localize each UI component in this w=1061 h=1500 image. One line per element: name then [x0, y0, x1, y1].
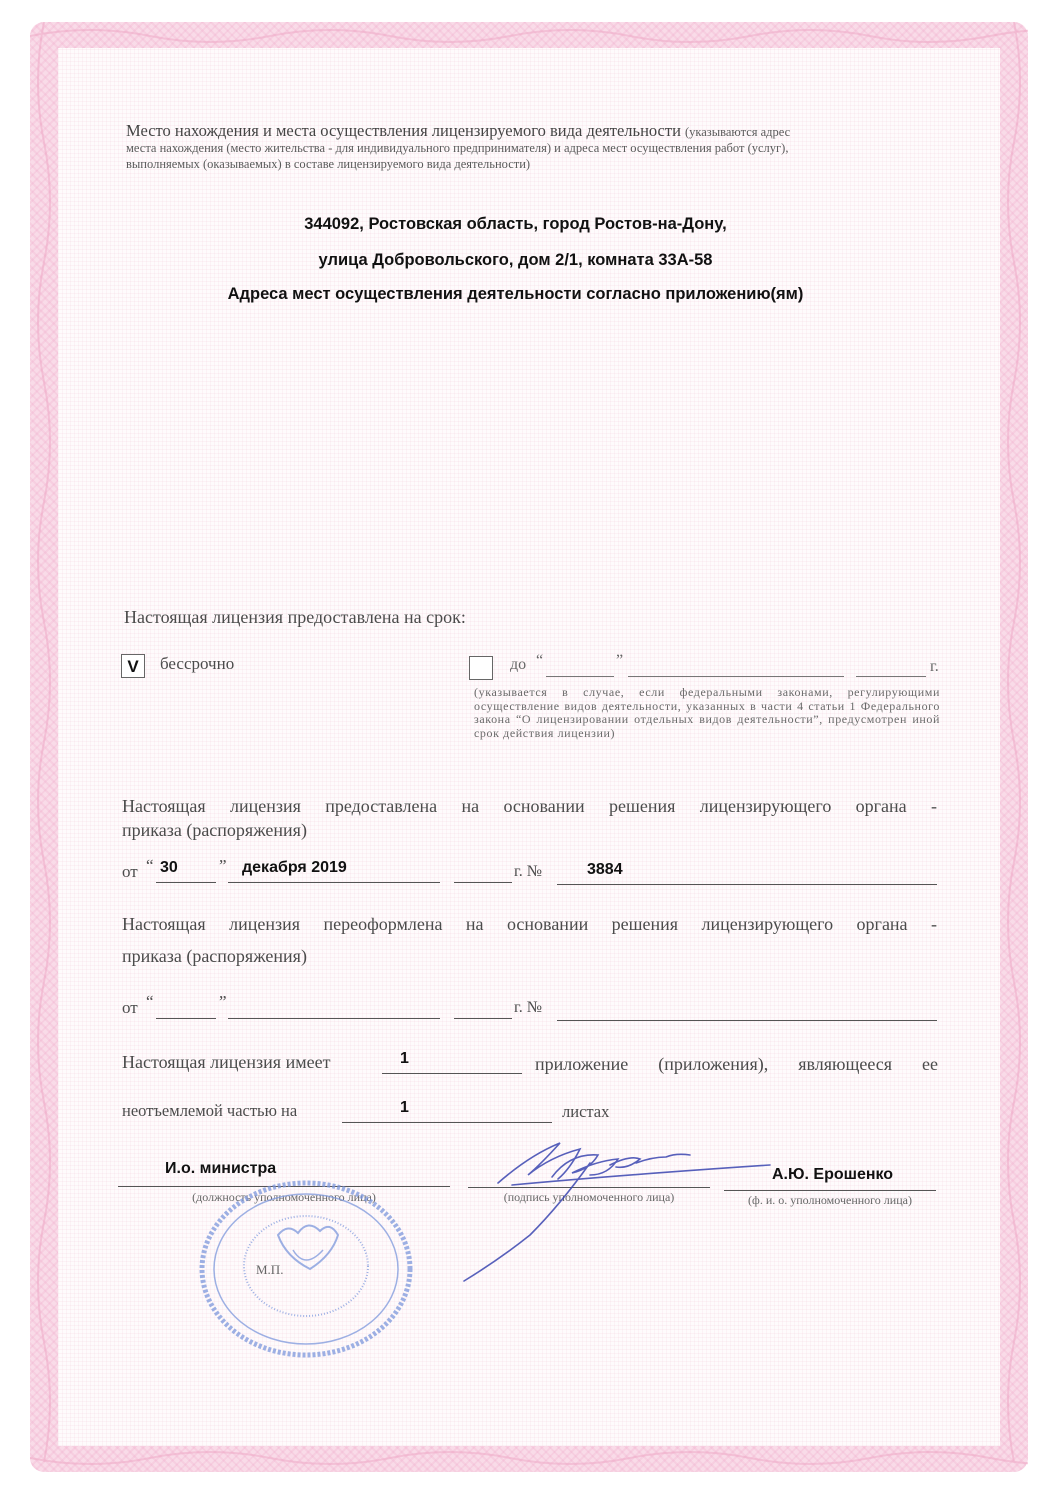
location-heading-note-3: выполняемых (оказываемых) в составе лице… — [126, 156, 956, 172]
until-close-quote: ” — [616, 652, 623, 670]
granted-close-quote: ” — [219, 856, 227, 876]
appendix-count-field[interactable] — [382, 1073, 522, 1074]
location-heading: Место нахождения и места осуществления л… — [126, 121, 681, 140]
reissued-number-label: г. № — [514, 999, 542, 1017]
location-heading-block: Место нахождения и места осуществления л… — [126, 123, 956, 172]
until-open-quote: “ — [536, 652, 543, 670]
granted-month-year-value: декабря 2019 — [242, 859, 347, 877]
reissued-month-year-field[interactable] — [228, 1018, 440, 1019]
granted-month-year-field[interactable] — [228, 882, 440, 883]
granted-year-blank — [454, 882, 512, 883]
sheets-count-value: 1 — [400, 1099, 409, 1117]
appendix-text-after: приложение (приложения), являющееся ее — [535, 1054, 938, 1075]
granted-day-value: 30 — [160, 859, 178, 877]
until-note: (указывается в случае, если федеральными… — [474, 686, 940, 740]
reissued-text-line-2: приказа (распоряжения) — [122, 946, 307, 967]
position-value: И.о. министра — [165, 1160, 276, 1178]
reissued-text-line-1: Настоящая лицензия переоформлена на осно… — [122, 914, 937, 935]
reissued-number-field[interactable] — [557, 1020, 937, 1021]
address-line-2: улица Добровольского, дом 2/1, комната 3… — [0, 251, 1031, 270]
until-prefix: до — [510, 656, 526, 674]
appendix-count-value: 1 — [400, 1050, 409, 1068]
address-line-1: 344092, Ростовская область, город Ростов… — [0, 215, 1031, 234]
granted-from-label: от — [122, 862, 138, 882]
term-label: Настоящая лицензия предоставлена на срок… — [124, 607, 466, 628]
until-day-field[interactable] — [546, 676, 614, 677]
granted-day-field[interactable] — [156, 882, 216, 883]
reissued-open-quote: “ — [146, 992, 154, 1012]
official-seal-icon — [198, 1180, 414, 1358]
granted-text-line-2: приказа (распоряжения) — [122, 820, 307, 841]
location-heading-note-1: (указываются адрес — [685, 125, 790, 139]
unlimited-term-label: бессрочно — [160, 654, 234, 674]
signatory-name: А.Ю. Ерошенко — [772, 1166, 893, 1184]
appendix-line-2-after: листах — [562, 1102, 609, 1122]
reissued-day-field[interactable] — [156, 1018, 216, 1019]
address-line-3: Адреса мест осуществления деятельности с… — [0, 285, 1031, 304]
granted-open-quote: “ — [146, 856, 154, 876]
granted-number-value: 3884 — [587, 861, 623, 879]
reissued-from-label: от — [122, 998, 138, 1018]
reissued-year-blank — [454, 1018, 512, 1019]
until-date-checkbox[interactable] — [469, 656, 493, 680]
granted-number-field[interactable] — [557, 884, 937, 885]
until-month-field[interactable] — [628, 676, 844, 677]
location-heading-note-2: места нахождения (место жительства - для… — [126, 140, 956, 156]
until-year-field[interactable] — [856, 676, 926, 677]
appendix-line-2-before: неотъемлемой частью на — [122, 1101, 297, 1121]
granted-number-label: г. № — [514, 863, 542, 881]
granted-text-line-1: Настоящая лицензия предоставлена на осно… — [122, 796, 937, 817]
sheets-count-field[interactable] — [342, 1122, 552, 1123]
reissued-close-quote: ” — [219, 992, 227, 1012]
until-year-suffix: г. — [930, 658, 939, 676]
handwritten-signature-icon — [440, 1135, 780, 1285]
seal-label: М.П. — [256, 1262, 283, 1278]
unlimited-term-checkbox[interactable]: V — [121, 654, 145, 678]
appendix-text-before: Настоящая лицензия имеет — [122, 1052, 330, 1073]
